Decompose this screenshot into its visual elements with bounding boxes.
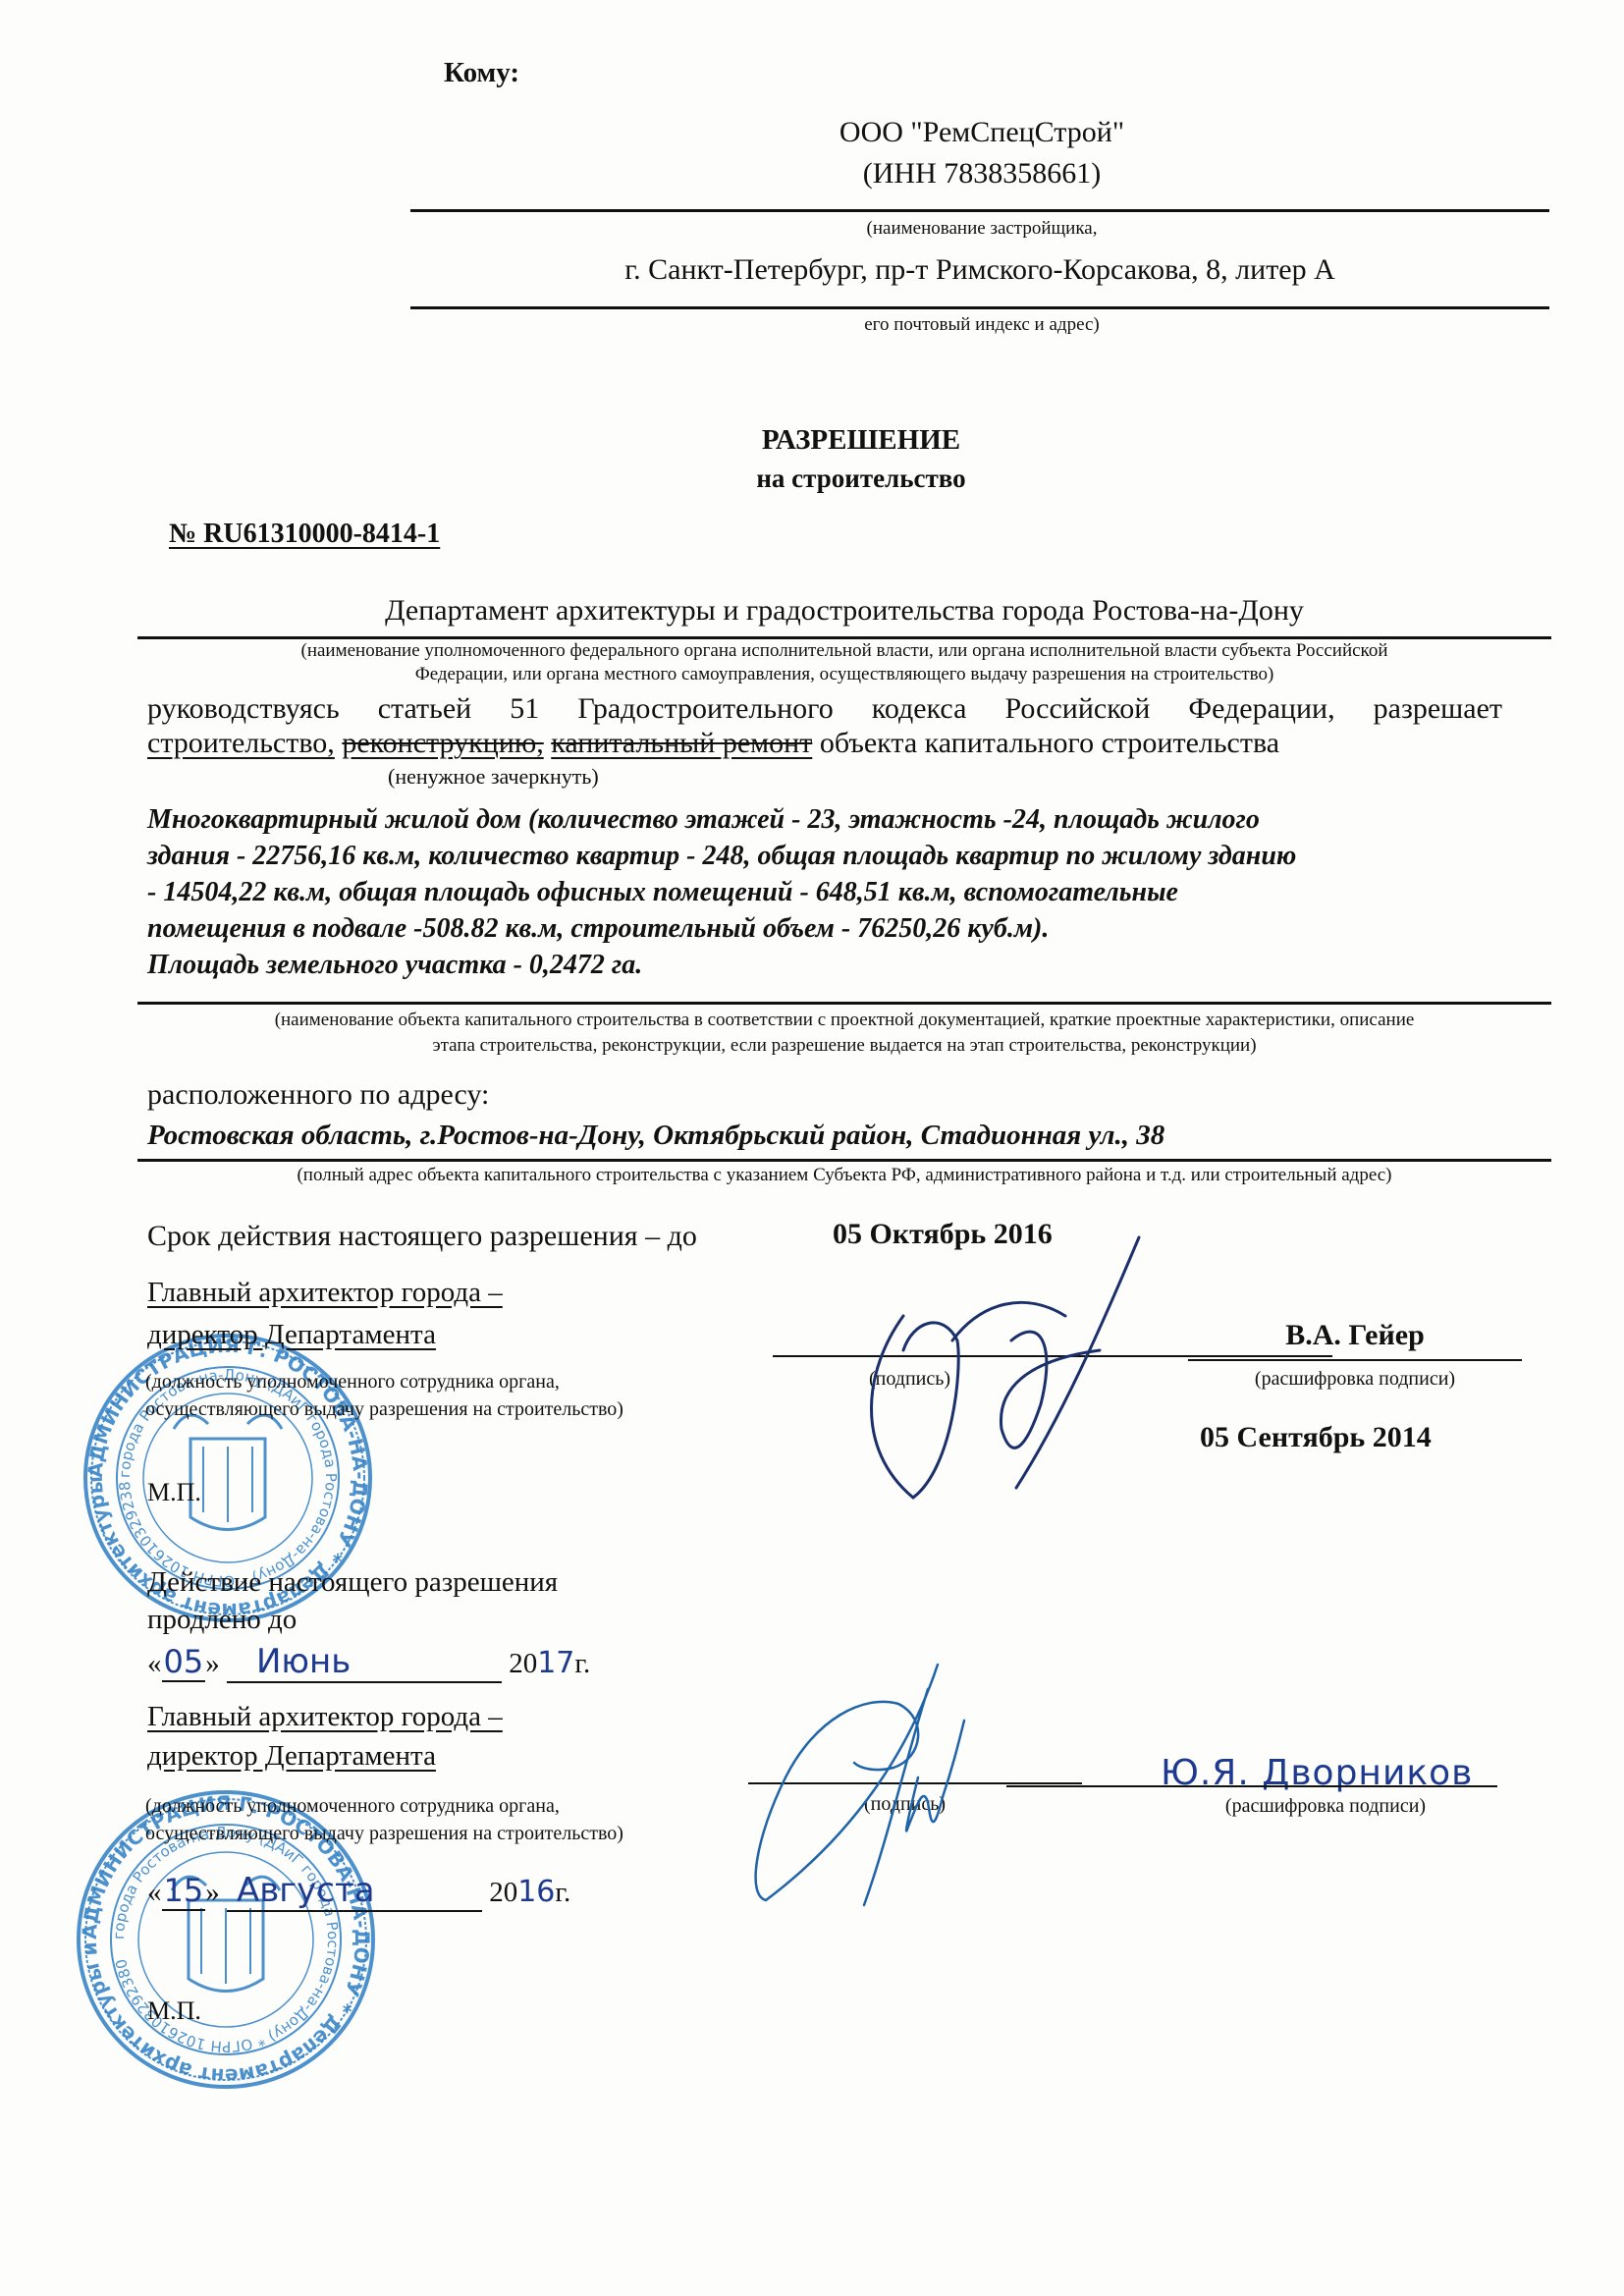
signatory1-date: 05 Сентябрь 2014 xyxy=(1200,1421,1432,1454)
divider xyxy=(410,209,1549,212)
recipient-inn: (ИНН 7838358661) xyxy=(589,157,1375,191)
caption-authority-2: Федерации, или органа местного самоуправ… xyxy=(137,664,1551,685)
signatory1-position-1: Главный архитектор города – xyxy=(147,1277,503,1309)
name-caption-1: (расшифровка подписи) xyxy=(1188,1368,1522,1391)
permission-options: строительство, реконструкцию, капитальны… xyxy=(147,727,1279,760)
seal-placeholder-2: М.П. xyxy=(147,1996,201,2026)
issuing-authority: Департамент архитектуры и градостроитель… xyxy=(137,594,1551,628)
caption-developer-name: (наименование застройщика, xyxy=(589,218,1375,240)
caption-strike-unneeded: (ненужное зачеркнуть) xyxy=(388,764,599,790)
recipient-company: ООО "РемСпецСтрой" xyxy=(589,116,1375,149)
signature-geyer xyxy=(844,1223,1159,1507)
divider xyxy=(137,1159,1551,1162)
divider xyxy=(137,1002,1551,1005)
signatory2-day: 15 xyxy=(162,1872,206,1911)
option-reconstruction-struck: реконструкцию, xyxy=(342,727,543,759)
signatory1-name: В.А. Гейер xyxy=(1188,1319,1522,1352)
option-construction: строительство, xyxy=(147,727,335,759)
name-line-1 xyxy=(1188,1359,1522,1361)
signatory1-position-caption: (должность уполномоченного сотрудника ор… xyxy=(145,1368,623,1423)
signatory2-position-1: Главный архитектор города – xyxy=(147,1701,503,1733)
signatory2-month: Августа xyxy=(227,1871,482,1912)
extension-year: 17 xyxy=(537,1646,574,1680)
extension-line-2: продлено до xyxy=(147,1604,297,1636)
caption-object-1: (наименование объекта капитального строи… xyxy=(137,1010,1551,1031)
object-line: Многоквартирный жилой дом (количество эт… xyxy=(147,801,1296,838)
object-address: Ростовская область, г.Ростов-на-Дону, Ок… xyxy=(147,1120,1164,1152)
validity-label: Срок действия настоящего разрешения – до xyxy=(147,1220,697,1253)
caption-authority-1: (наименование уполномоченного федерально… xyxy=(137,640,1551,662)
extension-date: «05» Июнь 2017г. xyxy=(147,1642,590,1683)
name-line-2 xyxy=(1006,1785,1497,1787)
signatory1-position-2: директор Департамента xyxy=(147,1319,436,1351)
object-line: - 14504,22 кв.м, общая площадь офисных п… xyxy=(147,874,1296,910)
divider xyxy=(410,306,1549,309)
document-subtitle: на строительство xyxy=(616,464,1107,494)
object-line: Площадь земельного участка - 0,2472 га. xyxy=(147,947,1296,983)
object-line: помещения в подвале -508.82 кв.м, строит… xyxy=(147,910,1296,947)
extension-day: 05 xyxy=(162,1643,206,1682)
divider xyxy=(137,636,1551,639)
signatory2-position-2: директор Департамента xyxy=(147,1740,436,1773)
location-label: расположенного по адресу: xyxy=(147,1078,489,1112)
document-title: РАЗРЕШЕНИЕ xyxy=(616,424,1107,457)
caption-object-address: (полный адрес объекта капитального строи… xyxy=(137,1165,1551,1186)
signature-dvornikov xyxy=(746,1660,1001,1905)
signatory2-position-caption: (должность уполномоченного сотрудника ор… xyxy=(145,1792,623,1847)
signatory2-date: «15» Августа 2016г. xyxy=(147,1871,570,1912)
caption-object-2: этапа строительства, реконструкции, если… xyxy=(137,1035,1551,1057)
extension-month: Июнь xyxy=(227,1642,502,1683)
extension-line-1: Действие настоящего разрешения xyxy=(147,1566,558,1599)
permission-clause: руководствуясь статьей 51 Градостроитель… xyxy=(147,692,1502,726)
permit-number: № RU61310000-8414-1 xyxy=(169,519,440,550)
seal-placeholder-1: М.П. xyxy=(147,1478,201,1507)
object-description: Многоквартирный жилой дом (количество эт… xyxy=(147,801,1296,983)
permission-object-tail: объекта капитального строительства xyxy=(820,727,1279,759)
recipient-address: г. Санкт-Петербург, пр-т Римского-Корсак… xyxy=(410,253,1549,287)
object-line: здания - 22756,16 кв.м, количество кварт… xyxy=(147,838,1296,874)
recipient-label: Кому: xyxy=(444,57,519,89)
name-caption-2: (расшифровка подписи) xyxy=(1159,1795,1492,1818)
option-capital-repair-struck: капитальный ремонт xyxy=(551,727,812,759)
signatory2-year: 16 xyxy=(517,1875,555,1909)
caption-developer-address: его почтовый индекс и адрес) xyxy=(589,314,1375,336)
